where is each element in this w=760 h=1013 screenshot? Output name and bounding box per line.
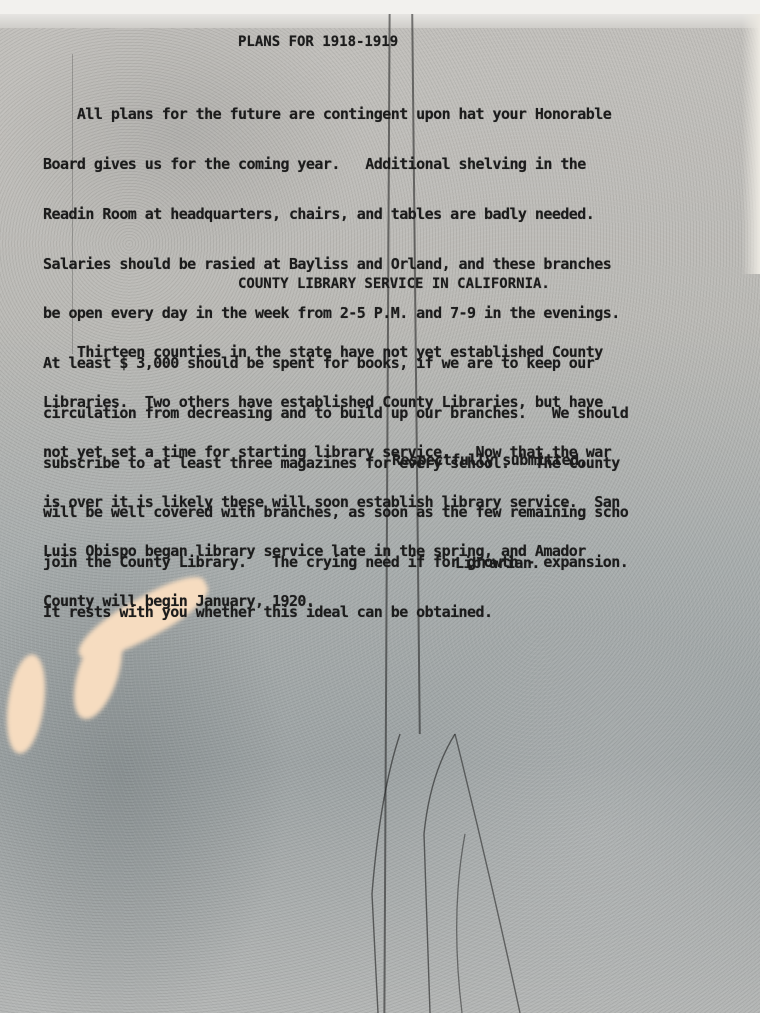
text-line: Board gives us for the coming year. Addi…	[43, 156, 628, 173]
text-line: Readin Room at headquarters, chairs, and…	[43, 206, 628, 223]
paragraph-county-library-service: Thirteen counties in the state have not …	[43, 311, 620, 643]
text-line: All plans for the future are contingent …	[43, 106, 628, 123]
document-title: PLANS FOR 1918-1919	[238, 34, 398, 51]
section-heading: COUNTY LIBRARY SERVICE IN CALIFORNIA.	[238, 276, 550, 293]
typed-document-page: PLANS FOR 1918-1919 All plans for the fu…	[0, 14, 760, 1013]
text-line: Salaries should be rasied at Bayliss and…	[43, 256, 628, 273]
text-line: County will begin January, 1920.	[43, 593, 620, 610]
closing-line: Respectfully submitted,	[392, 452, 587, 469]
text-line: is over it is likely these will soon est…	[43, 494, 620, 511]
signature-line: Librarian.	[455, 555, 540, 572]
text-line: Libraries. Two others have established C…	[43, 394, 620, 411]
text-line: Thirteen counties in the state have not …	[43, 344, 620, 361]
